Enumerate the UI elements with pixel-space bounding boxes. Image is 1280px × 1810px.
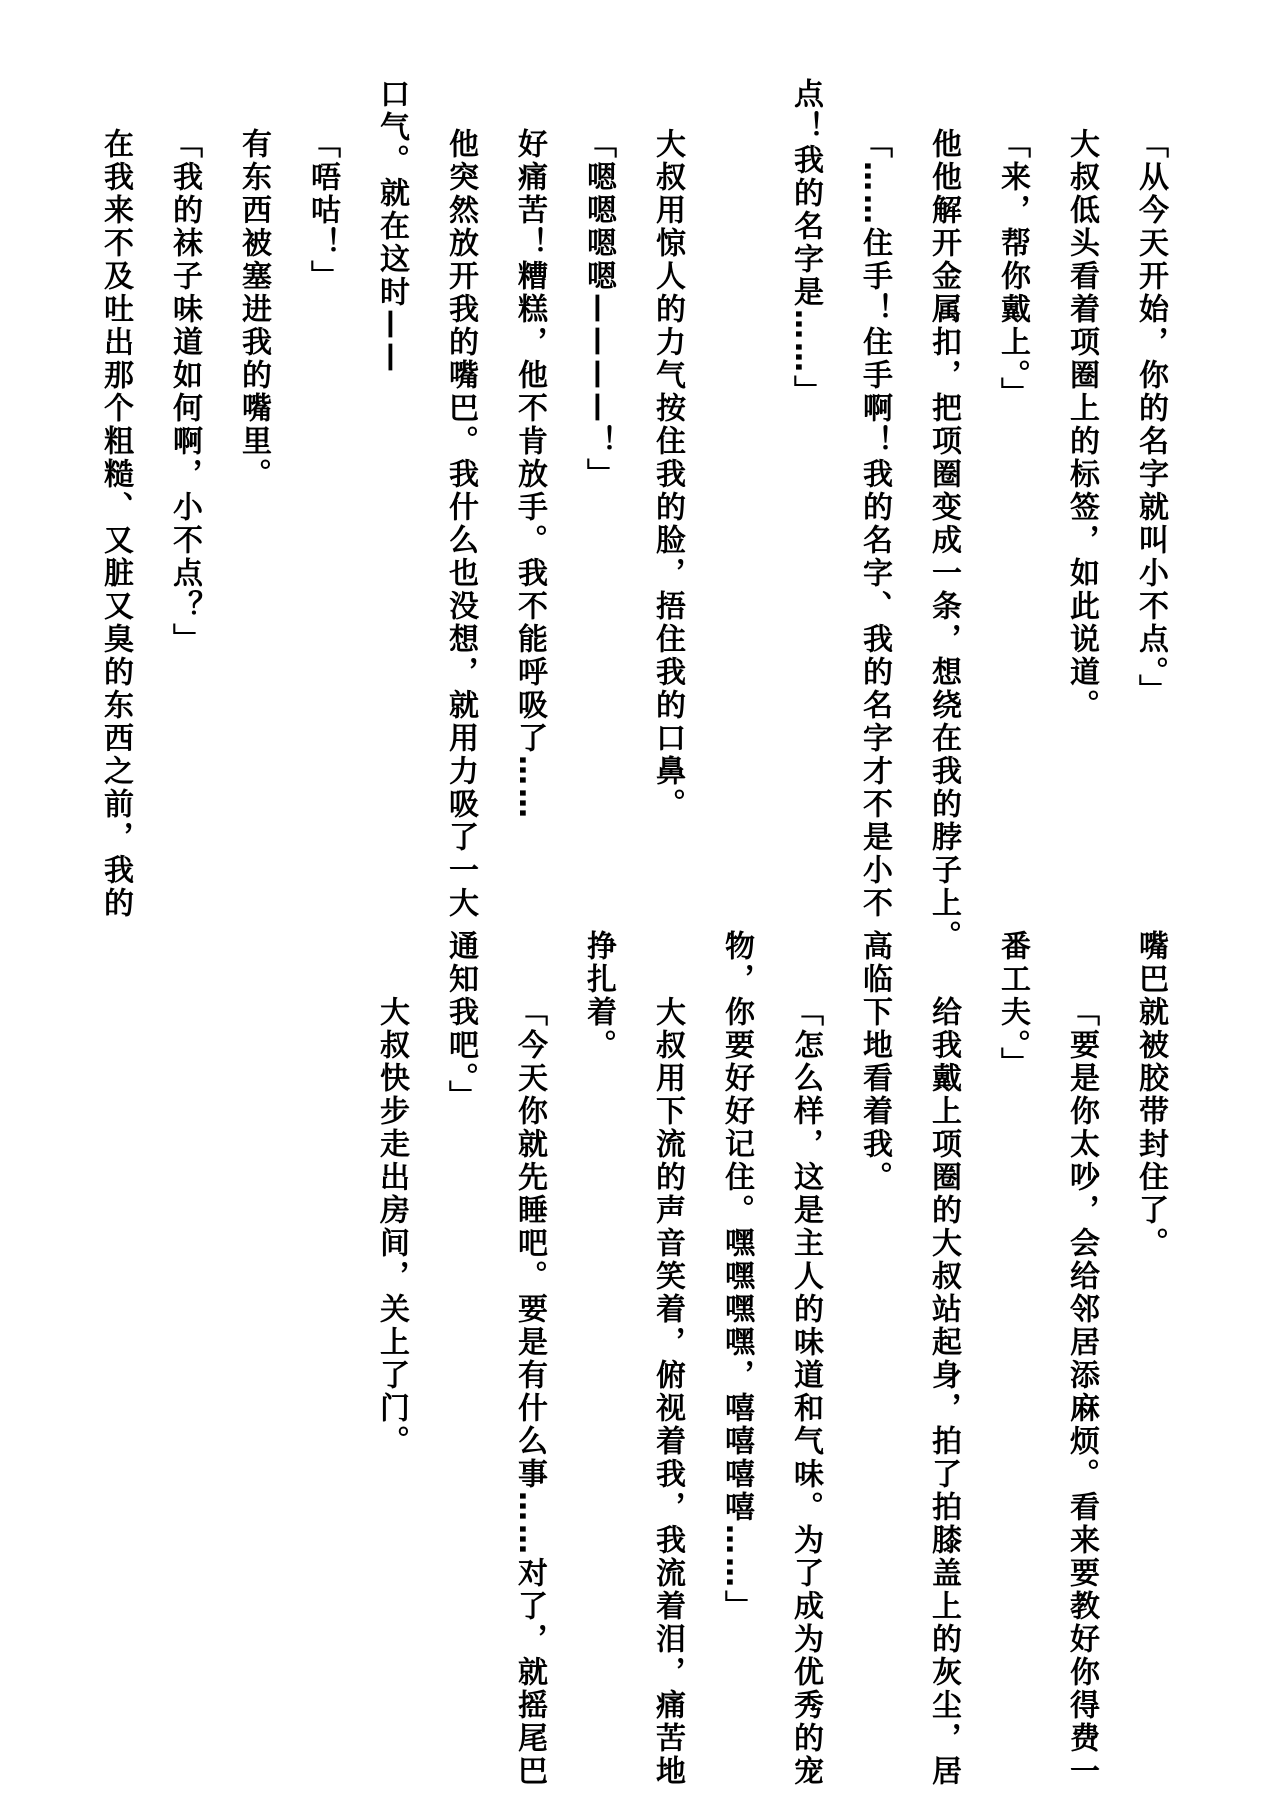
text-line: 给我戴上项圈的大叔站起身，拍了拍膝盖上的灰尘，居 — [909, 930, 978, 1798]
text-line: 「要是你太吵，会给邻居添麻烦。看来要教好你得费一 — [1047, 930, 1116, 1798]
text-line: 挣扎着。 — [564, 930, 633, 1798]
text-line: 「……住手！住手啊！我的名字、我的名字才不是小不 — [840, 78, 909, 958]
text-line: 口气。就在这时—— — [357, 78, 426, 958]
text-line: 大叔快步走出房间，关上了门。 — [357, 930, 426, 1798]
text-line: 「来，帮你戴上。」 — [978, 78, 1047, 958]
text-block-top: 「从今天开始，你的名字就叫小不点。」大叔低头看着项圈上的标签，如此说道。「来，帮… — [81, 78, 1185, 958]
text-line: 他他解开金属扣，把项圈变成一条，想绕在我的脖子上。 — [909, 78, 978, 958]
text-line: 「从今天开始，你的名字就叫小不点。」 — [1116, 78, 1185, 958]
text-line: 物，你要好好记住。嘿嘿嘿嘿，嘻嘻嘻嘻……」 — [702, 930, 771, 1798]
text-line: 大叔用下流的声音笑着，俯视着我，我流着泪，痛苦地 — [633, 930, 702, 1798]
page: 「从今天开始，你的名字就叫小不点。」大叔低头看着项圈上的标签，如此说道。「来，帮… — [0, 0, 1280, 1810]
text-line: 大叔用惊人的力气按住我的脸，捂住我的口鼻。 — [633, 78, 702, 958]
text-line: 好痛苦！糟糕，他不肯放手。我不能呼吸了…… — [495, 78, 564, 958]
text-line: 高临下地看着我。 — [840, 930, 909, 1798]
text-line: 他突然放开我的嘴巴。我什么也没想，就用力吸了一大 — [426, 78, 495, 958]
text-line: 在我来不及吐出那个粗糙、又脏又臭的东西之前，我的 — [81, 78, 150, 958]
text-line: 番工夫。」 — [978, 930, 1047, 1798]
text-line: 「唔咕！」 — [288, 78, 357, 958]
text-line: 嘴巴就被胶带封住了。 — [1116, 930, 1185, 1798]
text-line: 「嗯嗯嗯嗯————！」 — [564, 78, 633, 958]
text-line: 大叔低头看着项圈上的标签，如此说道。 — [1047, 78, 1116, 958]
text-block-bottom: 嘴巴就被胶带封住了。「要是你太吵，会给邻居添麻烦。看来要教好你得费一番工夫。」给… — [357, 930, 1185, 1798]
text-line: 「怎么样，这是主人的味道和气味。为了成为优秀的宠 — [771, 930, 840, 1798]
blank-line — [702, 78, 771, 958]
text-line: 有东西被塞进我的嘴里。 — [219, 78, 288, 958]
text-line: 点！我的名字是……」 — [771, 78, 840, 958]
text-line: 「今天你就先睡吧。要是有什么事……对了，就摇尾巴 — [495, 930, 564, 1798]
text-line: 「我的袜子味道如何啊，小不点？」 — [150, 78, 219, 958]
text-line: 通知我吧。」 — [426, 930, 495, 1798]
